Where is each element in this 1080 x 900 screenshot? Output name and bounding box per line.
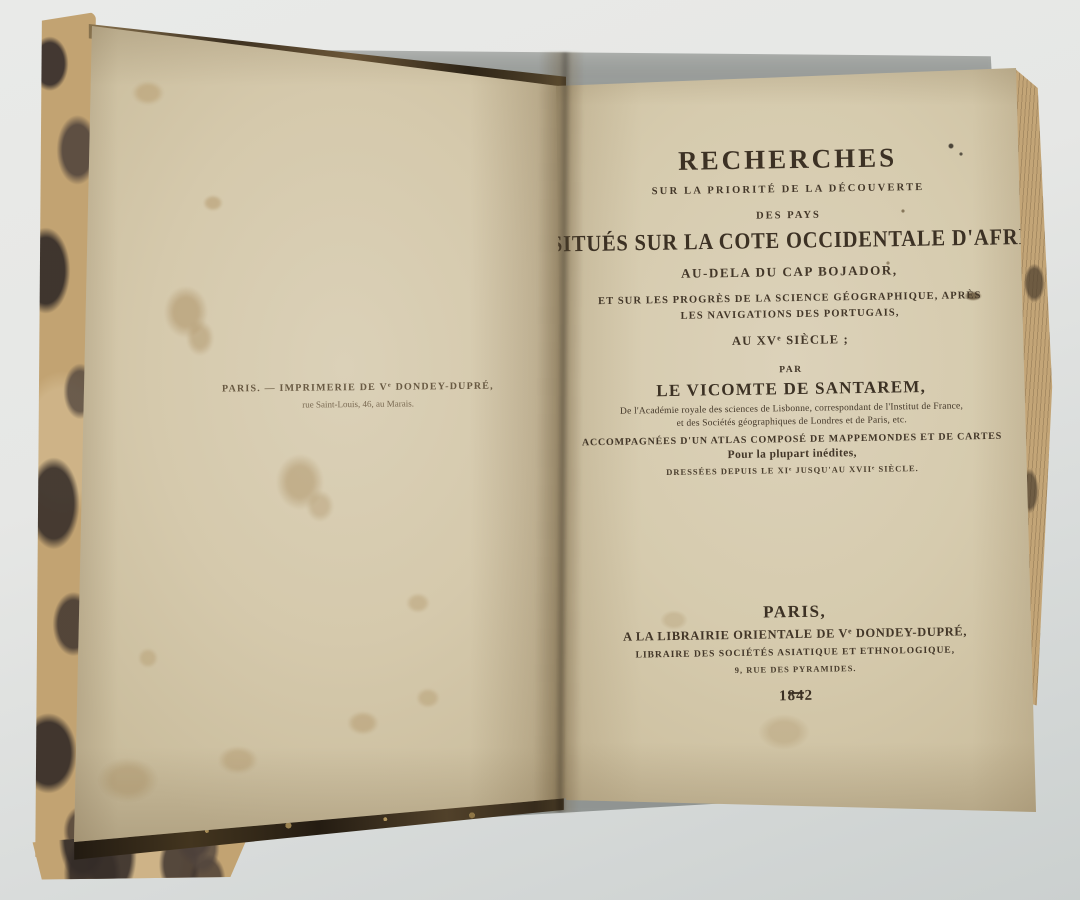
- printer-imprint-line1: PARIS. — IMPRIMERIE DE Ve DONDEY-DUPRÉ,: [188, 380, 528, 395]
- imprint-text-end: DONDEY-DUPRÉ,: [392, 381, 494, 393]
- title-page: RECHERCHES SUR LA PRIORITÉ DE LA DÉCOUVE…: [554, 60, 1040, 818]
- subtitle-line-2: DES PAYS: [550, 206, 1026, 224]
- printer-imprint: PARIS. — IMPRIMERIE DE Ve DONDEY-DUPRÉ, …: [188, 380, 528, 411]
- atlas-date-text: DRESSÉES DEPUIS LE XI: [666, 465, 789, 477]
- atlas-line-3: DRESSÉES DEPUIS LE XIe JUSQU'AU XVIIe SI…: [554, 461, 1030, 478]
- title-main-line: SITUÉS SUR LA COTE OCCIDENTALE D'AFRIQUE…: [551, 225, 1027, 258]
- publisher-text-end: DONDEY-DUPRÉ,: [852, 624, 967, 640]
- subtitle-line-1: SUR LA PRIORITÉ DE LA DÉCOUVERTE: [550, 180, 1026, 198]
- gutter-shadow: [533, 52, 584, 812]
- bojador-line: AU-DELA DU CAP BOJADOR,: [551, 260, 1027, 283]
- century-line: AU XVe SIÈCLE ;: [552, 329, 1028, 351]
- publisher-address: 9, RUE DES PYRAMIDES.: [558, 660, 1034, 677]
- progress-line-2: LES NAVIGATIONS DES PORTUGAIS,: [552, 305, 1028, 323]
- century-text-end: SIÈCLE ;: [782, 332, 849, 347]
- publisher-line-2: LIBRAIRE DES SOCIÉTÉS ASIATIQUE ET ETHNO…: [557, 644, 1033, 661]
- author-name: LE VICOMTE DE SANTAREM,: [553, 375, 1029, 402]
- main-title: RECHERCHES: [549, 140, 1025, 178]
- atlas-date-mid: JUSQU'AU XVII: [792, 464, 872, 475]
- progress-line-1: ET SUR LES PROGRÈS DE LA SCIENCE GÉOGRAP…: [552, 289, 1028, 307]
- left-page: PARIS. — IMPRIMERIE DE Ve DONDEY-DUPRÉ, …: [68, 20, 570, 846]
- left-page-foxing-stains: [68, 20, 570, 846]
- century-text: AU XV: [732, 333, 777, 348]
- imprint-city: PARIS,: [557, 598, 1033, 625]
- photo-scene: PARIS. — IMPRIMERIE DE Ve DONDEY-DUPRÉ, …: [0, 0, 1080, 900]
- publisher-text: A LA LIBRAIRIE ORIENTALE DE V: [623, 626, 848, 644]
- title-page-text-block: RECHERCHES SUR LA PRIORITÉ DE LA DÉCOUVE…: [548, 56, 1046, 822]
- publisher-line-1: A LA LIBRAIRIE ORIENTALE DE Ve DONDEY-DU…: [557, 623, 1033, 645]
- imprint-text: PARIS. — IMPRIMERIE DE V: [222, 382, 388, 395]
- atlas-date-end: SIÈCLE.: [875, 463, 919, 474]
